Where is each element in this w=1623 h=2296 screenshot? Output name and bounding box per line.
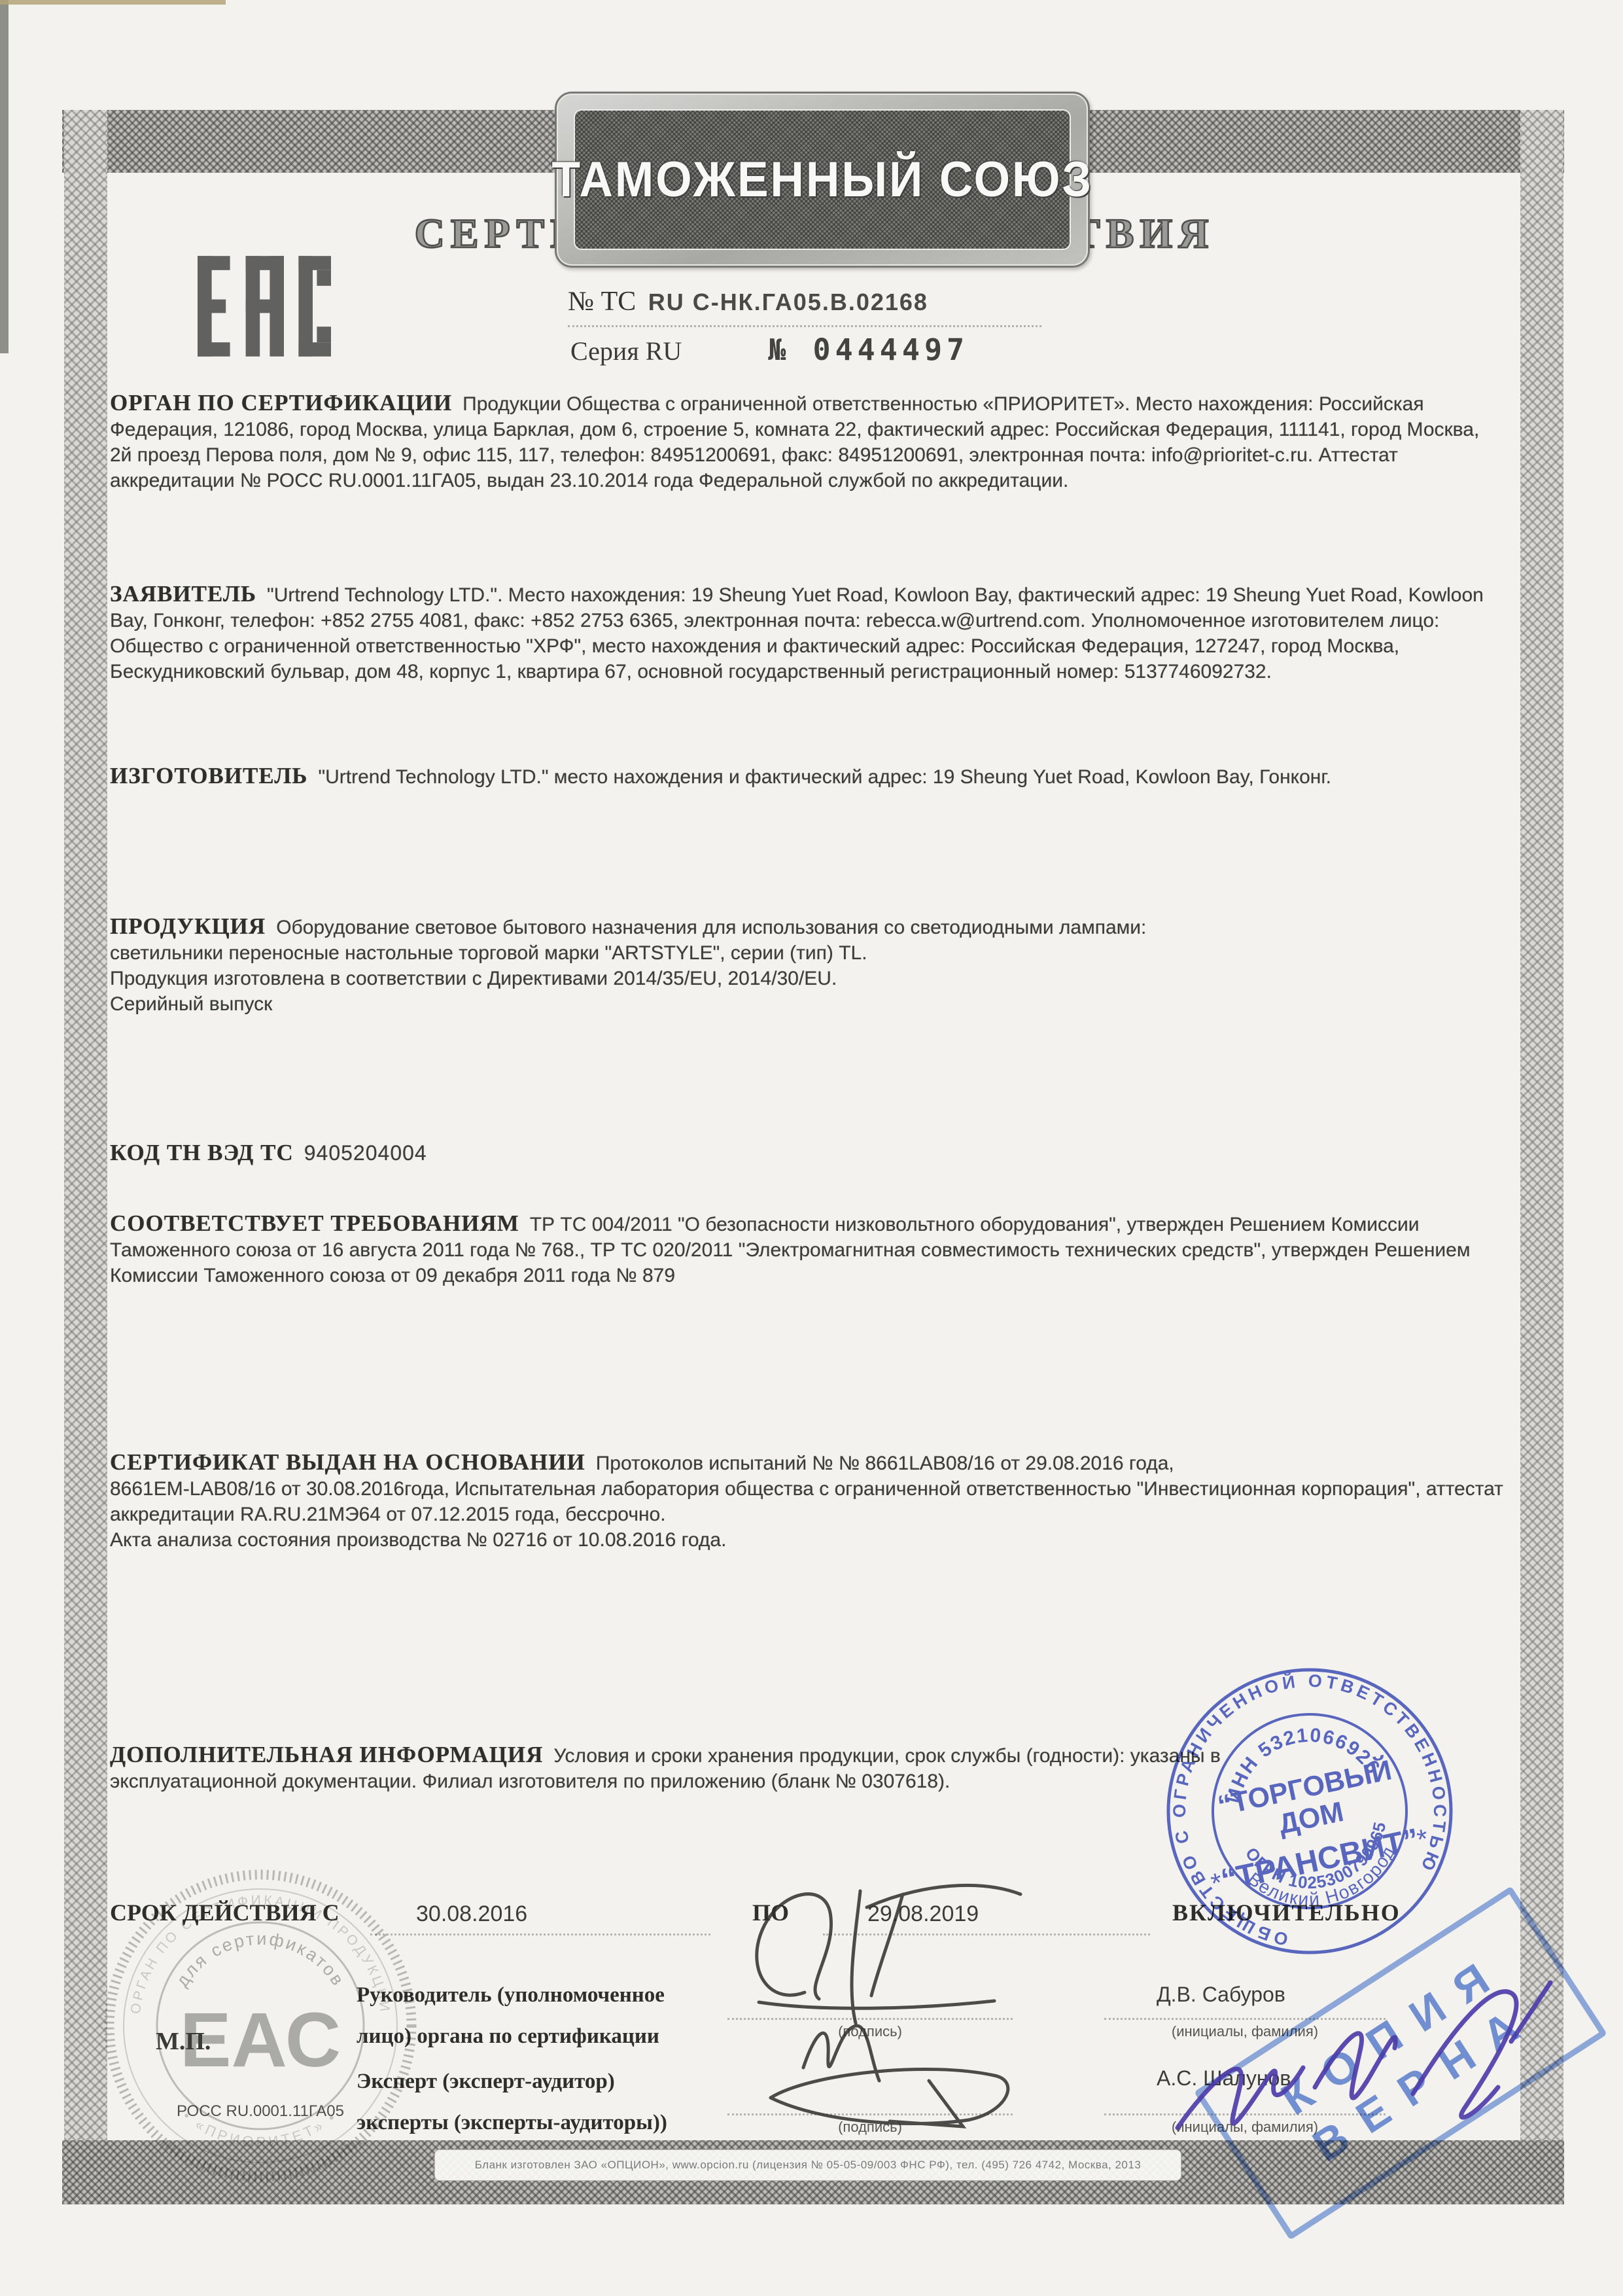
section-applicant: ЗАЯВИТЕЛЬ"Urtrend Technology LTD.". Мест… [110,581,1503,684]
section-products: ПРОДУКЦИЯОборудование световое бытового … [110,913,1503,1017]
validity-from-date: 30.08.2016 [416,1901,527,1927]
section-requirements-label: СООТВЕТСТВУЕТ ТРЕБОВАНИЯМ [110,1210,519,1236]
section-certification-body: ОРГАН ПО СЕРТИФИКАЦИИПродукции Общества … [110,390,1503,493]
svg-text:для сертификатов: для сертификатов [172,1929,349,1990]
series-label: Серия RU [570,336,682,366]
customs-union-title: ТАМОЖЕННЫЙ СОЮЗ [551,151,1093,208]
scan-edge-top [0,0,226,5]
eac-mark-icon [198,243,331,369]
expert-signature-ink [733,2002,1073,2146]
section-hs-code: КОД ТН ВЭД ТС9405204004 [110,1140,1503,1167]
customs-union-plate-inner: ТАМОЖЕННЫЙ СОЮЗ [574,109,1071,250]
series-number: № 0444497 [768,332,969,367]
section-products-label: ПРОДУКЦИЯ [110,913,266,939]
customs-union-plate: ТАМОЖЕННЫЙ СОЮЗ [555,92,1090,268]
series-row: Серия RU № 0444497 [570,332,969,367]
certificate-page: ТАМОЖЕННЫЙ СОЮЗ СЕРТИФИКАТ СООТВЕТСТВИЯ … [0,0,1623,2296]
section-applicant-text: "Urtrend Technology LTD.". Место нахожде… [110,584,1484,682]
certificate-number-underline [568,325,1041,327]
certification-body-stamp: ОРГАН ПО СЕРТИФИКАЦИИ ПРОДУКЦИИ • «ПРИОР… [97,1862,424,2189]
section-requirements: СООТВЕТСТВУЕТ ТРЕБОВАНИЯМТР ТС 004/2011 … [110,1210,1510,1288]
blank-maker-note: Бланк изготовлен ЗАО «ОПЦИОН», www.opcio… [434,2149,1181,2181]
section-issued-basis: СЕРТИФИКАТ ВЫДАН НА ОСНОВАНИИПротоколов … [110,1449,1510,1553]
pen-signature-ink [1158,1963,1563,2172]
section-hs-code-label: КОД ТН ВЭД ТС [110,1140,294,1165]
blank-maker-note-text: Бланк изготовлен ЗАО «ОПЦИОН», www.opcio… [475,2159,1142,2172]
section-applicant-label: ЗАЯВИТЕЛЬ [110,581,256,607]
border-right-band [1520,110,1563,2204]
certificate-number-row: № ТС RU С-НК.ГА05.В.02168 [568,286,928,317]
section-hs-code-value: 9405204004 [304,1141,427,1165]
certificate-number-prefix: № ТС [568,287,636,317]
gray-stamp-code-text: РОСС RU.0001.11ГА05 [177,2102,344,2120]
section-manufacturer-text: "Urtrend Technology LTD." место нахожден… [318,766,1331,788]
company-stamp: ОБЩЕСТВО С ОГРАНИЧЕННОЙ ОТВЕТСТВЕННОСТЬЮ… [1159,1661,1460,1962]
gray-stamp-arc-text: для сертификатов [172,1929,349,1990]
section-manufacturer-label: ИЗГОТОВИТЕЛЬ [110,763,307,788]
section-additional-info-label: ДОПОЛНИТЕЛЬНАЯ ИНФОРМАЦИЯ [110,1742,543,1767]
scan-edge-left [0,0,9,353]
certificate-number: RU С-НК.ГА05.В.02168 [648,289,928,315]
section-manufacturer: ИЗГОТОВИТЕЛЬ"Urtrend Technology LTD." ме… [110,763,1503,790]
section-issued-basis-label: СЕРТИФИКАТ ВЫДАН НА ОСНОВАНИИ [110,1449,585,1475]
section-certification-body-label: ОРГАН ПО СЕРТИФИКАЦИИ [110,390,452,415]
stamp-place-label: М.П. [156,2027,211,2056]
